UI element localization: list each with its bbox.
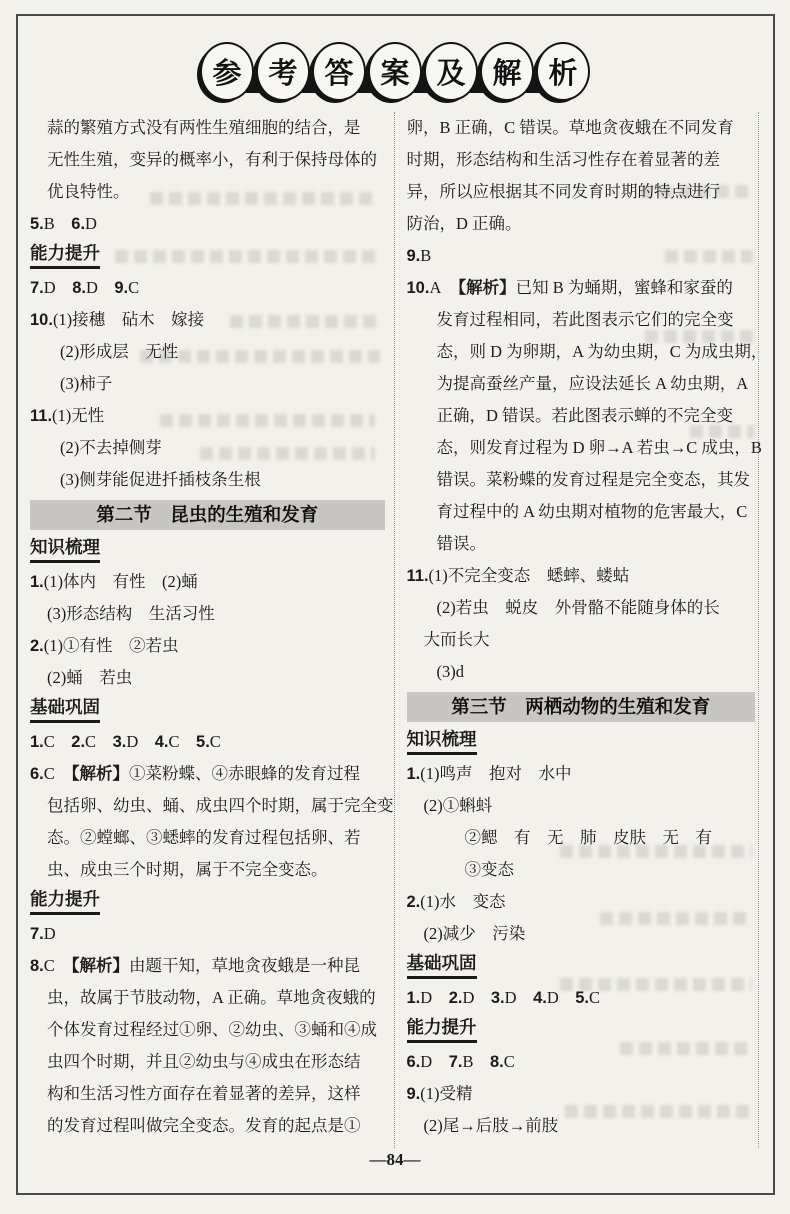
answer-text: 大而长大 — [424, 630, 490, 649]
answer-text: C — [589, 988, 600, 1007]
answer-text: (1)接穗 砧木 嫁接 — [53, 310, 204, 329]
answer-line: 包括卵、幼虫、蛹、成虫四个时期，属于完全变 — [30, 790, 385, 822]
answer-line: (3)柿子 — [30, 368, 385, 400]
subsection-heading-label: 能力提升 — [30, 888, 100, 913]
answer-line: ③变态 — [407, 854, 756, 886]
answer-line: 个体发育过程经过①卵、②幼虫、③蛹和④成 — [30, 1014, 385, 1046]
answer-text: D — [44, 278, 72, 297]
answer-item-number: 5. — [196, 733, 210, 751]
answer-text: D — [86, 278, 114, 297]
answer-line: 虫四个时期，并且②幼虫与④成虫在形态结 — [30, 1046, 385, 1078]
answer-line: 2.(1)水 变态 — [407, 886, 756, 918]
page-number: —84— — [0, 1150, 790, 1170]
answer-line: 发育过程相同，若此图表示它们的完全变 — [407, 304, 756, 336]
answer-text: 优良特性。 — [47, 182, 130, 201]
answer-text: 虫，故属于节肢动物，A 正确。草地贪夜蛾的 — [47, 988, 376, 1007]
answer-item-number: 【解析】 — [63, 765, 129, 783]
subsection-heading: 知识梳理 — [407, 726, 756, 758]
answer-text: 发育过程相同，若此图表示它们的完全变 — [437, 310, 734, 329]
answer-item-number: 10. — [30, 311, 53, 329]
answer-line: (2)不去掉侧芽 — [30, 432, 385, 464]
answer-item-number: 8. — [30, 957, 44, 975]
subsection-heading-label: 基础巩固 — [30, 696, 100, 721]
answer-line: 无性生殖，变异的概率小，有利于保持母体的 — [30, 144, 385, 176]
answer-item-number: 9. — [407, 247, 421, 265]
subsection-heading: 知识梳理 — [30, 534, 385, 566]
subsection-heading: 能力提升 — [30, 240, 385, 272]
answer-item-number: 6. — [30, 765, 44, 783]
answer-text: C — [44, 764, 63, 783]
answer-line: 1.D 2.D 3.D 4.D 5.C — [407, 982, 756, 1014]
subsection-heading: 能力提升 — [30, 886, 385, 918]
answer-line: 虫、成虫三个时期，属于不完全变态。 — [30, 854, 385, 886]
answer-text: (1)不完全变态 蟋蟀、蝼蛄 — [429, 566, 630, 585]
answer-item-number: 【解析】 — [450, 279, 516, 297]
answer-item-number: 10. — [407, 279, 430, 297]
answer-text: ③变态 — [465, 860, 515, 879]
answer-item-number: 3. — [491, 989, 505, 1007]
answer-text: D — [420, 1052, 448, 1071]
page-header: 参考答案及解析 — [0, 42, 790, 122]
answer-item-number: 3. — [113, 733, 127, 751]
answer-item-number: 4. — [533, 989, 547, 1007]
answer-line: 错误。 — [407, 528, 756, 560]
answer-text: (2)减少 污染 — [424, 924, 526, 943]
answer-text: D — [505, 988, 533, 1007]
answer-text: B — [462, 1052, 490, 1071]
answer-text: 构和生活习性方面存在着显著的差异，这样 — [47, 1084, 361, 1103]
answer-item-number: 11. — [407, 567, 429, 585]
answer-line: 1.C 2.C 3.D 4.C 5.C — [30, 726, 385, 758]
answer-item-number: 2. — [71, 733, 85, 751]
answer-text: 育过程中的 A 幼虫期对植物的危害最大，C — [437, 502, 748, 521]
answer-line: 态，则发育过程为 D 卵→A 若虫→C 成虫，B — [407, 432, 756, 464]
answer-item-number: 8. — [490, 1053, 504, 1071]
answer-text: D — [85, 214, 97, 233]
answer-text: D — [462, 988, 490, 1007]
answer-line: 1.(1)体内 有性 (2)蛹 — [30, 566, 385, 598]
answer-text: 态，则发育过程为 D 卵→A 若虫→C 成虫，B — [437, 438, 762, 457]
answer-line: (2)形成层 无性 — [30, 336, 385, 368]
header-title-char: 及 — [424, 42, 478, 101]
answer-text: 防治，D 正确。 — [407, 214, 522, 233]
answer-text: (1)受精 — [420, 1084, 472, 1103]
answer-item-number: 【解析】 — [63, 957, 129, 975]
answer-text: (2)若虫 蜕皮 外骨骼不能随身体的长 — [437, 598, 720, 617]
answer-line: 虫，故属于节肢动物，A 正确。草地贪夜蛾的 — [30, 982, 385, 1014]
answer-line: 构和生活习性方面存在着显著的差异，这样 — [30, 1078, 385, 1110]
answer-item-number: 1. — [407, 765, 421, 783]
section-header: 第二节 昆虫的生殖和发育 — [30, 500, 385, 530]
answer-line: 5.B 6.D — [30, 208, 385, 240]
answer-text: (1)①有性 ②若虫 — [44, 636, 179, 655]
answer-text: 的发育过程叫做完全变态。发育的起点是① — [47, 1116, 361, 1135]
subsection-heading: 基础巩固 — [30, 694, 385, 726]
answer-line: 2.(1)①有性 ②若虫 — [30, 630, 385, 662]
answer-line: (2)若虫 蜕皮 外骨骼不能随身体的长 — [407, 592, 756, 624]
answer-line: (3)侧芽能促进扦插枝条生根 — [30, 464, 385, 496]
answer-text: 时期，形态结构和生活习性存在着显著的差 — [407, 150, 721, 169]
header-title-char: 考 — [256, 42, 310, 101]
answer-text: (2)形成层 无性 — [60, 342, 178, 361]
answer-text: C — [504, 1052, 515, 1071]
answer-line: (3)d — [407, 656, 756, 688]
answer-text: (1)体内 有性 (2)蛹 — [44, 572, 198, 591]
answer-line: 11.(1)无性 — [30, 400, 385, 432]
answer-item-number: 1. — [407, 989, 421, 1007]
subsection-heading-label: 知识梳理 — [30, 536, 100, 561]
subsection-heading-label: 能力提升 — [407, 1016, 477, 1041]
answer-text: 为提高蚕丝产量，应设法延长 A 幼虫期，A — [437, 374, 749, 393]
answer-item-number: 6. — [407, 1053, 421, 1071]
left-column: 蒜的繁殖方式没有两性生殖细胞的结合，是无性生殖，变异的概率小，有利于保持母体的优… — [30, 112, 395, 1148]
subsection-heading: 能力提升 — [407, 1014, 756, 1046]
answer-line: 1.(1)鸣声 抱对 水中 — [407, 758, 756, 790]
answer-text: C — [44, 956, 63, 975]
header-title-char: 案 — [368, 42, 422, 101]
answer-item-number: 2. — [407, 893, 421, 911]
answer-line: 优良特性。 — [30, 176, 385, 208]
answer-text: C — [44, 732, 72, 751]
answer-text: D — [126, 732, 154, 751]
answer-text: 异，所以应根据其不同发育时期的特点进行 — [407, 182, 721, 201]
answer-text: ②鳃 有 无 肺 皮肤 无 有 — [465, 828, 713, 847]
answer-line: (2)蛹 若虫 — [30, 662, 385, 694]
answer-text: (1)鸣声 抱对 水中 — [420, 764, 571, 783]
answer-line: 为提高蚕丝产量，应设法延长 A 幼虫期，A — [407, 368, 756, 400]
answer-text: (2)①蝌蚪 — [424, 796, 493, 815]
answer-item-number: 6. — [71, 215, 85, 233]
answer-line: 7.D 8.D 9.C — [30, 272, 385, 304]
answer-text: (3)侧芽能促进扦插枝条生根 — [60, 470, 261, 489]
header-title-char: 析 — [536, 42, 590, 101]
answer-text: D — [420, 988, 448, 1007]
answer-text: A — [429, 278, 449, 297]
answer-text: 态。②螳螂、③蟋蟀的发育过程包括卵、若 — [47, 828, 361, 847]
answer-line: 6.C 【解析】①菜粉蝶、④赤眼蜂的发育过程 — [30, 758, 385, 790]
answer-item-number: 1. — [30, 733, 44, 751]
header-title-char: 答 — [312, 42, 366, 101]
right-column: 卵，B 正确，C 错误。草地贪夜蛾在不同发育时期，形态结构和生活习性存在着显著的… — [395, 112, 760, 1148]
answer-text: ①菜粉蝶、④赤眼蜂的发育过程 — [129, 764, 360, 783]
answer-item-number: 8. — [72, 279, 86, 297]
answer-text: B — [44, 214, 72, 233]
answer-line: 正确，D 错误。若此图表示蝉的不完全变 — [407, 400, 756, 432]
answer-text: 虫四个时期，并且②幼虫与④成虫在形态结 — [47, 1052, 361, 1071]
answer-item-number: 9. — [407, 1085, 421, 1103]
answer-item-number: 11. — [30, 407, 52, 425]
answer-text: 态，则 D 为卵期，A 为幼虫期，C 为成虫期， — [437, 342, 768, 361]
answer-line: (2)①蝌蚪 — [407, 790, 756, 822]
answer-line: 的发育过程叫做完全变态。发育的起点是① — [30, 1110, 385, 1142]
subsection-heading: 基础巩固 — [407, 950, 756, 982]
answer-item-number: 7. — [30, 925, 44, 943]
answer-line: 10.(1)接穗 砧木 嫁接 — [30, 304, 385, 336]
answer-line: 9.(1)受精 — [407, 1078, 756, 1110]
answer-text: C — [169, 732, 197, 751]
answer-line: (2)减少 污染 — [407, 918, 756, 950]
subsection-heading-label: 基础巩固 — [407, 952, 477, 977]
answer-item-number: 9. — [114, 279, 128, 297]
answer-line: 8.C 【解析】由题干知，草地贪夜蛾是一种昆 — [30, 950, 385, 982]
answer-line: 错误。菜粉蝶的发育过程是完全变态，其发 — [407, 464, 756, 496]
answer-text: 包括卵、幼虫、蛹、成虫四个时期，属于完全变 — [47, 796, 394, 815]
answer-line: 异，所以应根据其不同发育时期的特点进行 — [407, 176, 756, 208]
answer-text: 正确，D 错误。若此图表示蝉的不完全变 — [437, 406, 734, 425]
answer-text: (1)水 变态 — [420, 892, 505, 911]
answer-line: 态，则 D 为卵期，A 为幼虫期，C 为成虫期， — [407, 336, 756, 368]
subsection-heading-label: 知识梳理 — [407, 728, 477, 753]
scanned-answer-page: 参考答案及解析 蒜的繁殖方式没有两性生殖细胞的结合，是无性生殖，变异的概率小，有… — [0, 0, 790, 1214]
section-header: 第三节 两栖动物的生殖和发育 — [407, 692, 756, 722]
answer-line: 9.B — [407, 240, 756, 272]
subsection-heading-label: 能力提升 — [30, 242, 100, 267]
header-title-char: 解 — [480, 42, 534, 101]
answer-text: (3)柿子 — [60, 374, 112, 393]
answer-text: (3)d — [437, 662, 465, 681]
answer-line: 6.D 7.B 8.C — [407, 1046, 756, 1078]
answer-text: (2)尾→后肢→前肢 — [424, 1116, 559, 1135]
answer-columns: 蒜的繁殖方式没有两性生殖细胞的结合，是无性生殖，变异的概率小，有利于保持母体的优… — [30, 112, 759, 1148]
answer-item-number: 4. — [155, 733, 169, 751]
answer-item-number: 5. — [30, 215, 44, 233]
answer-text: 错误。 — [437, 534, 487, 553]
header-title-char: 参 — [200, 42, 254, 101]
answer-item-number: 2. — [449, 989, 463, 1007]
answer-line: 7.D — [30, 918, 385, 950]
answer-text: 虫、成虫三个时期，属于不完全变态。 — [47, 860, 328, 879]
answer-text: C — [128, 278, 139, 297]
answer-text: (3)形态结构 生活习性 — [47, 604, 215, 623]
answer-line: 10.A 【解析】已知 B 为蛹期，蜜蜂和家蚕的 — [407, 272, 756, 304]
answer-item-number: 2. — [30, 637, 44, 655]
answer-line: ②鳃 有 无 肺 皮肤 无 有 — [407, 822, 756, 854]
answer-text: (2)不去掉侧芽 — [60, 438, 162, 457]
answer-line: (3)形态结构 生活习性 — [30, 598, 385, 630]
answer-text: 无性生殖，变异的概率小，有利于保持母体的 — [47, 150, 377, 169]
answer-line: 防治，D 正确。 — [407, 208, 756, 240]
answer-text: B — [420, 246, 431, 265]
answer-item-number: 5. — [575, 989, 589, 1007]
answer-line: (2)尾→后肢→前肢 — [407, 1110, 756, 1142]
header-title: 参考答案及解析 — [200, 42, 590, 101]
answer-item-number: 7. — [449, 1053, 463, 1071]
answer-text: (1)无性 — [52, 406, 104, 425]
answer-text: (2)蛹 若虫 — [47, 668, 132, 687]
answer-text: D — [547, 988, 575, 1007]
answer-line: 态。②螳螂、③蟋蟀的发育过程包括卵、若 — [30, 822, 385, 854]
answer-line: 时期，形态结构和生活习性存在着显著的差 — [407, 144, 756, 176]
answer-line: 11.(1)不完全变态 蟋蟀、蝼蛄 — [407, 560, 756, 592]
answer-item-number: 7. — [30, 279, 44, 297]
answer-text: 个体发育过程经过①卵、②幼虫、③蛹和④成 — [47, 1020, 377, 1039]
answer-text: 由题干知，草地贪夜蛾是一种昆 — [129, 956, 360, 975]
answer-text: 错误。菜粉蝶的发育过程是完全变态，其发 — [437, 470, 751, 489]
answer-item-number: 1. — [30, 573, 44, 591]
answer-line: 育过程中的 A 幼虫期对植物的危害最大，C — [407, 496, 756, 528]
answer-text: D — [44, 924, 56, 943]
answer-line: 大而长大 — [407, 624, 756, 656]
answer-text: C — [85, 732, 113, 751]
answer-text: 已知 B 为蛹期，蜜蜂和家蚕的 — [516, 278, 733, 297]
answer-text: C — [210, 732, 221, 751]
